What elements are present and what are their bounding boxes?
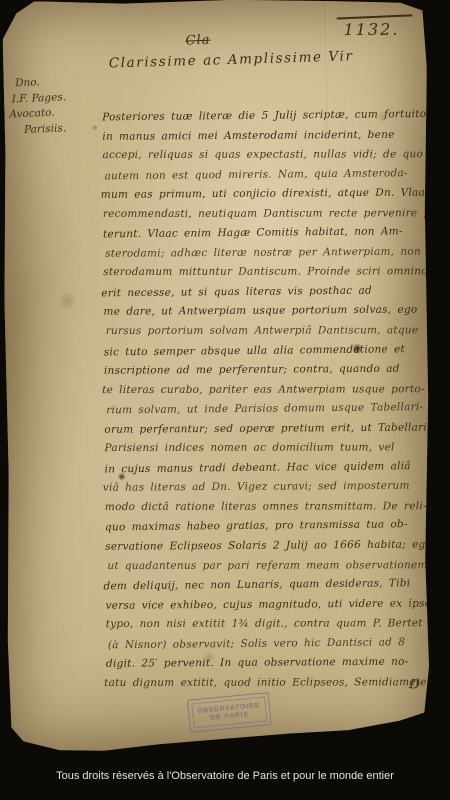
body-line: orum perferantur; sed operæ pretium erit…: [104, 421, 434, 443]
body-line: servatione Eclipseos Solaris 2 Julij ao …: [105, 539, 435, 561]
archive-scan-viewer: Cla Clarissime ac Amplissime Vir 1132. D…: [0, 0, 450, 800]
manuscript-page: Cla Clarissime ac Amplissime Vir 1132. D…: [2, 0, 431, 757]
paper-stain: [56, 293, 78, 309]
body-line: rium solvam, ut inde Parisios domum usqu…: [106, 401, 434, 424]
catchword: D: [408, 677, 420, 693]
body-line: sic tuto semper absque ulla alia commend…: [104, 342, 434, 365]
body-line: quo maximas habeo gratias, pro transmiss…: [105, 518, 435, 541]
folio-number: 1132.: [344, 20, 400, 39]
paper-stain: [375, 111, 390, 123]
body-line: sterodamum mittuntur Dantiscum. Proinde …: [103, 266, 433, 286]
body-line: viâ has literas ad Dn. Vigez curavi; sed…: [103, 480, 435, 502]
body-line: ut quadantenus par pari referam meam obs…: [107, 559, 435, 579]
body-line: (à Nisnor) observavit; Solis vero hic Da…: [108, 636, 436, 659]
body-line: me dare, ut Antwerpiam usque portorium s…: [103, 304, 433, 326]
ink-blot: [353, 343, 362, 354]
body-line: accepi, reliquas si quas expectasti, nul…: [102, 148, 432, 168]
letter-body: Posteriores tuæ literæ die 5 Julij scrip…: [102, 108, 436, 697]
deleted-header-text: Cla: [185, 33, 210, 49]
body-line: dem deliquij, nec non Lunaris, quam desi…: [103, 577, 435, 600]
body-line: tatu dignum extitit, quod initio Eclipse…: [104, 676, 436, 696]
paper-crease: [325, 1, 328, 141]
body-line: rursus portorium solvam Antwerpiâ Dantis…: [106, 324, 434, 344]
body-line: versa vice exhibeo, cujus magnitudo, uti…: [106, 597, 436, 619]
body-line: erit necesse, ut si quas literas vis pos…: [101, 284, 433, 307]
archive-stamp: OBSERVATOIRE DE PARIS: [187, 692, 272, 733]
folio-overline: [336, 14, 412, 19]
paper-stain: [203, 652, 216, 662]
body-line: mum eas primum, uti conjicio direxisti, …: [101, 187, 433, 209]
address-note-line: Parisiis.: [24, 121, 68, 138]
body-line: inscriptione ad me perferentur; contra, …: [104, 363, 434, 385]
body-line: recommendasti, neutiquam Dantiscum recte…: [103, 207, 433, 227]
paper-stain: [91, 125, 98, 131]
address-note: Dno.I.F. Pages.Avocato.Parisiis.: [15, 74, 68, 138]
body-line: sterodami; adhæc literæ nostræ per Antwe…: [105, 245, 433, 267]
body-line: digit. 25′ pervenit. In qua observatione…: [106, 656, 436, 678]
body-line: typo, non nisi extitit 1¾ digit., contra…: [106, 617, 436, 637]
body-line: Parisiensi indices nomen ac domicilium t…: [104, 442, 434, 462]
body-line: autem non est quod mireris. Nam, quia Am…: [105, 167, 433, 190]
body-line: in manus amici mei Amsterodami inciderin…: [102, 128, 432, 150]
ink-blot: [118, 473, 126, 481]
copyright-caption: Tous droits réservés à l'Observatoire de…: [0, 770, 450, 782]
body-line: te literas curabo, pariter eas Antwerpia…: [102, 383, 434, 403]
salutation: Clarissime ac Amplissime Vir: [109, 48, 354, 71]
address-note-line: I.F. Pages.: [11, 90, 66, 108]
